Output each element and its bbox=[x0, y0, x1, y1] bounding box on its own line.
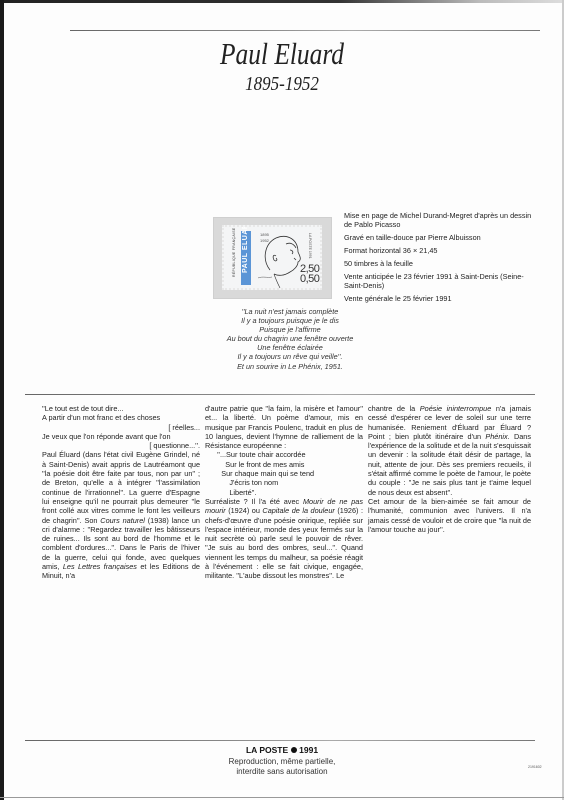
book-title: Capitale de la douleur bbox=[262, 506, 334, 515]
quote-line: Je veux que l'on réponde avant que l'on bbox=[42, 432, 200, 441]
verse-liberte: ''...Sur toute chair accordée Sur le fro… bbox=[205, 450, 363, 496]
note-line: Reproduction, même partielle, bbox=[0, 757, 564, 767]
note-line: interdite sans autorisation bbox=[0, 767, 564, 777]
footer-copyright-note: Reproduction, même partielle, interdite … bbox=[0, 757, 564, 776]
footer-rule bbox=[25, 740, 535, 741]
info-general-sale: Vente générale le 25 février 1991 bbox=[344, 294, 534, 303]
stamp-issuer: LA POSTE 1991 bbox=[308, 233, 312, 259]
stamp-country: RÉPUBLIQUE FRANÇAISE bbox=[232, 227, 236, 277]
poem-source: Et un sourire in Le Phénix, 1951. bbox=[200, 362, 380, 371]
text-span: Paul Éluard (dans l'état civil Eugène Gr… bbox=[42, 450, 200, 524]
stamp-image: PAUL ELUARD RÉPUBLIQUE FRANÇAISE 1895 19… bbox=[213, 217, 332, 299]
poem-line: Au bout du chagrin une fenêtre ouverte bbox=[200, 334, 380, 343]
text-column-3: chantre de la Poésie ininterrompue n'a j… bbox=[368, 404, 531, 534]
poem-line: Une fenêtre éclairée bbox=[200, 343, 380, 352]
text-span: chantre de la bbox=[368, 404, 420, 413]
bullet-dot-icon bbox=[291, 747, 297, 753]
stamp-name: PAUL ELUARD bbox=[242, 225, 249, 273]
book-title: Cours naturel bbox=[100, 516, 145, 525]
text-column-1: ''Le tout est de tout dire... A partir d… bbox=[42, 404, 200, 581]
poem-line: Il y a toujours un rêve qui veille''. bbox=[200, 352, 380, 361]
book-title: Poésie ininterrompue bbox=[420, 404, 491, 413]
stamp-value-surcharge: 0,50 bbox=[300, 274, 319, 284]
page-title: Paul Eluard bbox=[51, 36, 513, 72]
info-presale: Vente anticipée le 23 février 1991 à Sai… bbox=[344, 272, 534, 290]
poem-line: ''La nuit n'est jamais complète bbox=[200, 307, 380, 316]
poem-line: Il y a toujours puisque je le dis bbox=[200, 316, 380, 325]
paragraph: Cet amour de la bien-aimée se fait amour… bbox=[368, 497, 531, 534]
middle-rule bbox=[25, 394, 535, 395]
quote-line: ''Le tout est de tout dire... bbox=[42, 404, 200, 413]
info-layout: Mise en page de Michel Durand-Megret d'a… bbox=[344, 211, 534, 229]
text-column-2: d'autre patrie que ''la faim, la misère … bbox=[205, 404, 363, 581]
info-format: Format horizontal 36 × 21,45 bbox=[344, 246, 534, 255]
text-span: . Dans l'expérience de la solitude et de… bbox=[368, 432, 531, 497]
info-sheet-count: 50 timbres à la feuille bbox=[344, 259, 534, 268]
footer-brand: LA POSTE1991 bbox=[0, 745, 564, 755]
page-edge-left bbox=[0, 0, 4, 800]
text-span: (1926) : chefs-d'œuvre d'une poésie onir… bbox=[205, 506, 363, 580]
page-subtitle-years: 1895-1952 bbox=[42, 73, 521, 96]
stamp-technical-info: Mise en page de Michel Durand-Megret d'a… bbox=[344, 211, 534, 307]
quote-line: [ réelles... bbox=[42, 423, 200, 432]
paragraph: chantre de la Poésie ininterrompue n'a j… bbox=[368, 404, 531, 497]
bottom-rule bbox=[0, 797, 564, 798]
brand-name: LA POSTE bbox=[246, 745, 288, 755]
page-edge-top bbox=[0, 0, 564, 3]
document-code: 2191602 bbox=[528, 765, 542, 769]
quote-line: [ questionne...''. bbox=[42, 441, 200, 450]
paragraph: Paul Éluard (dans l'état civil Eugène Gr… bbox=[42, 450, 200, 580]
book-title: Phénix bbox=[485, 432, 507, 441]
text-span: (1924) ou bbox=[226, 506, 263, 515]
poem-line: Puisque je l'affirme bbox=[200, 325, 380, 334]
paragraph: d'autre patrie que ''la faim, la misère … bbox=[205, 404, 363, 450]
book-title: Les Lettres françaises bbox=[63, 562, 137, 571]
stamp-value: 2,50 0,50 bbox=[300, 264, 319, 284]
quote-line: A partir d'un mot franc et des choses bbox=[42, 413, 200, 422]
stamp: PAUL ELUARD RÉPUBLIQUE FRANÇAISE 1895 19… bbox=[222, 225, 322, 290]
info-engraving: Gravé en taille-douce par Pierre Albuiss… bbox=[344, 233, 534, 242]
text-span: Surréaliste ? Il l'a été avec bbox=[205, 497, 303, 506]
brand-year: 1991 bbox=[299, 745, 318, 755]
top-rule bbox=[70, 30, 540, 31]
poem-epigraph: ''La nuit n'est jamais complète Il y a t… bbox=[200, 307, 380, 371]
paragraph: Surréaliste ? Il l'a été avec Mourir de … bbox=[205, 497, 363, 581]
